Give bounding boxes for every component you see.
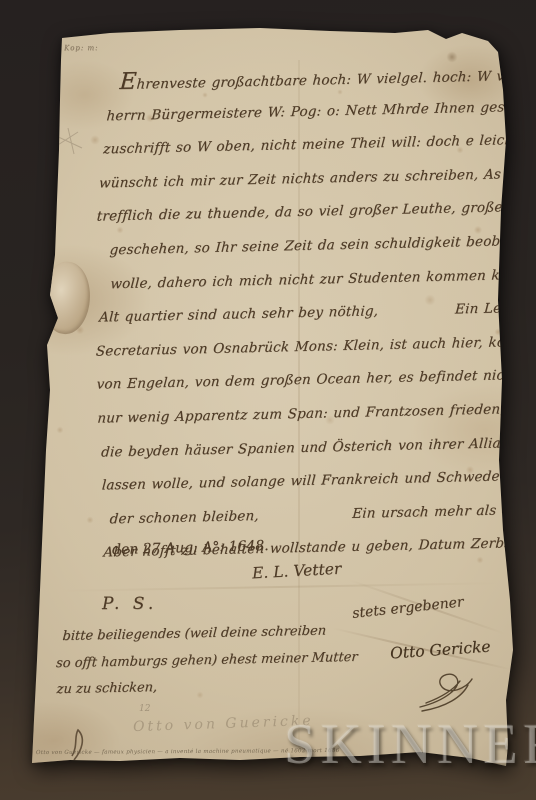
handwritten-line: zu zu schicken, — [56, 671, 359, 704]
closing-formula: E. L. Vetter — [252, 560, 342, 583]
postscript-header: P. S. — [102, 594, 157, 614]
signature-otto-gericke: Otto Gericke — [389, 638, 491, 663]
ink-smudge — [68, 726, 92, 762]
paper-fold-line — [60, 582, 500, 591]
postscript-body: bitte beiliegendes (weil deine schreiben… — [55, 618, 358, 704]
paper-tear-stain — [39, 259, 95, 337]
corner-pencil-note: Kop: m: — [64, 44, 98, 52]
signature-flourish — [416, 663, 478, 713]
manuscript-letter-sheet: Kop: m: Ehrenveste großachtbare hoch: W … — [0, 0, 536, 800]
skinner-watermark: SKINNER — [284, 712, 536, 777]
aged-paper: Kop: m: Ehrenveste großachtbare hoch: W … — [0, 0, 536, 800]
pencil-number: 12 — [139, 704, 150, 714]
letter-body: Ehrenveste großachtbare hoch: W vielgel.… — [89, 57, 508, 570]
photograph: { "scene": { "background_top_color": "#2… — [0, 0, 536, 800]
